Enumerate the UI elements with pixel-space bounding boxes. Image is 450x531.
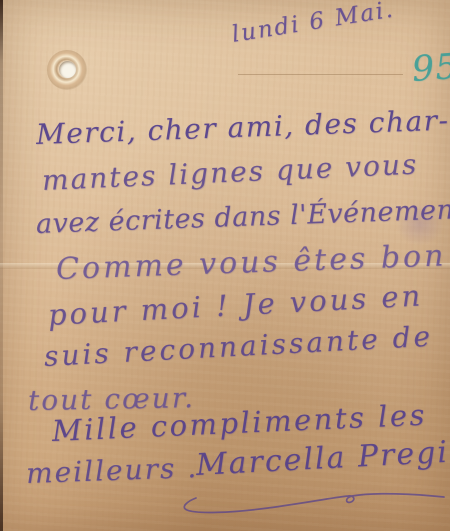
punch-hole	[59, 61, 76, 78]
handwritten-letter-scan: lundi 6 Mai. 95 Merci, cher ami, des cha…	[0, 0, 450, 531]
letter-line: avez écrites dans l'Événement.	[35, 194, 450, 240]
closing-word: meilleurs .	[25, 451, 198, 490]
signature: Marcella Pregi	[195, 435, 450, 483]
letter-line: mantes lignes que vous	[41, 148, 419, 197]
date-line: lundi 6 Mai.	[230, 0, 396, 48]
page-number: 95	[411, 47, 450, 90]
fold-crease-faint	[238, 74, 403, 75]
letter-line: Merci, cher ami, des char-	[35, 104, 450, 151]
